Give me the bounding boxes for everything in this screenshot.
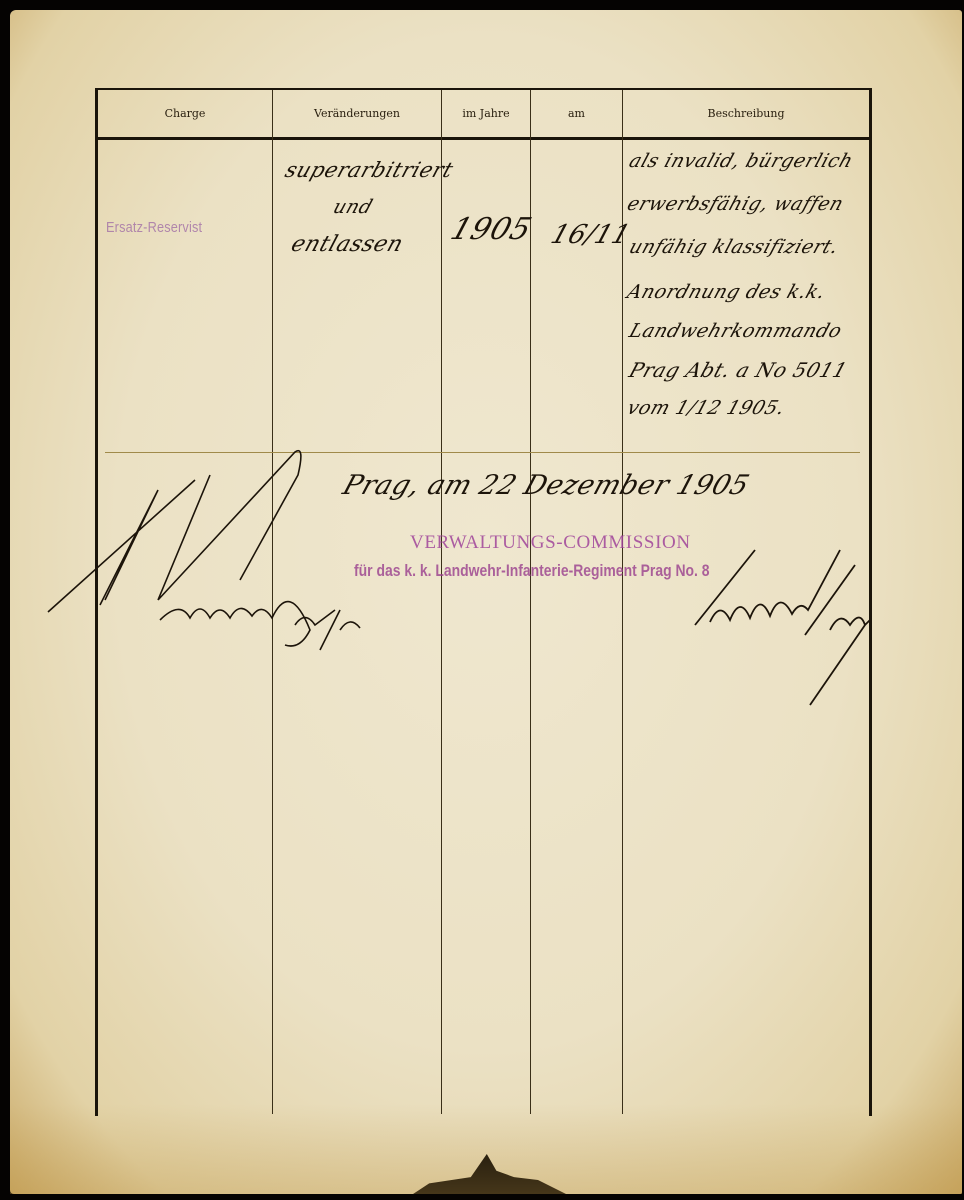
column-divider (441, 90, 442, 1114)
left-signature (40, 440, 380, 680)
veraenderungen-line: superarbitriert (282, 158, 456, 182)
beschreibung-line: vom 1/12 1905. (624, 397, 787, 419)
header-divider (95, 137, 872, 140)
header-charge: Charge (98, 90, 272, 137)
veraenderungen-line: entlassen (288, 232, 407, 257)
beschreibung-line: unfähig klassifiziert. (626, 236, 841, 258)
beschreibung-line: Landwehrkommando (626, 320, 844, 342)
header-veraenderungen: Veränderungen (273, 90, 441, 137)
commission-stamp-title: VERWALTUNGS-COMMISSION (410, 532, 691, 554)
header-am: am (531, 90, 622, 137)
date-value: 16/11 (547, 220, 634, 250)
beschreibung-line: Anordnung des k.k. (624, 281, 828, 303)
commission-stamp-subtitle: für das k. k. Landwehr-Infanterie-Regime… (354, 561, 710, 581)
torn-edge (410, 1154, 570, 1196)
place-date: Prag, am 22 Dezember 1905 (339, 470, 753, 501)
beschreibung-line: Prag Abt. a No 5011 (626, 358, 850, 382)
beschreibung-line: erwerbsfähig, waffen (624, 193, 846, 215)
column-divider (530, 90, 531, 1114)
beschreibung-line: als invalid, bürgerlich (626, 150, 856, 172)
veraenderungen-line: und (330, 196, 375, 218)
right-signature (680, 530, 880, 710)
header-im-jahre: im Jahre (442, 90, 530, 137)
charge-stamp: Ersatz-Reservist (106, 219, 202, 236)
header-beschreibung: Beschreibung (623, 90, 869, 137)
year-value: 1905 (446, 212, 536, 247)
